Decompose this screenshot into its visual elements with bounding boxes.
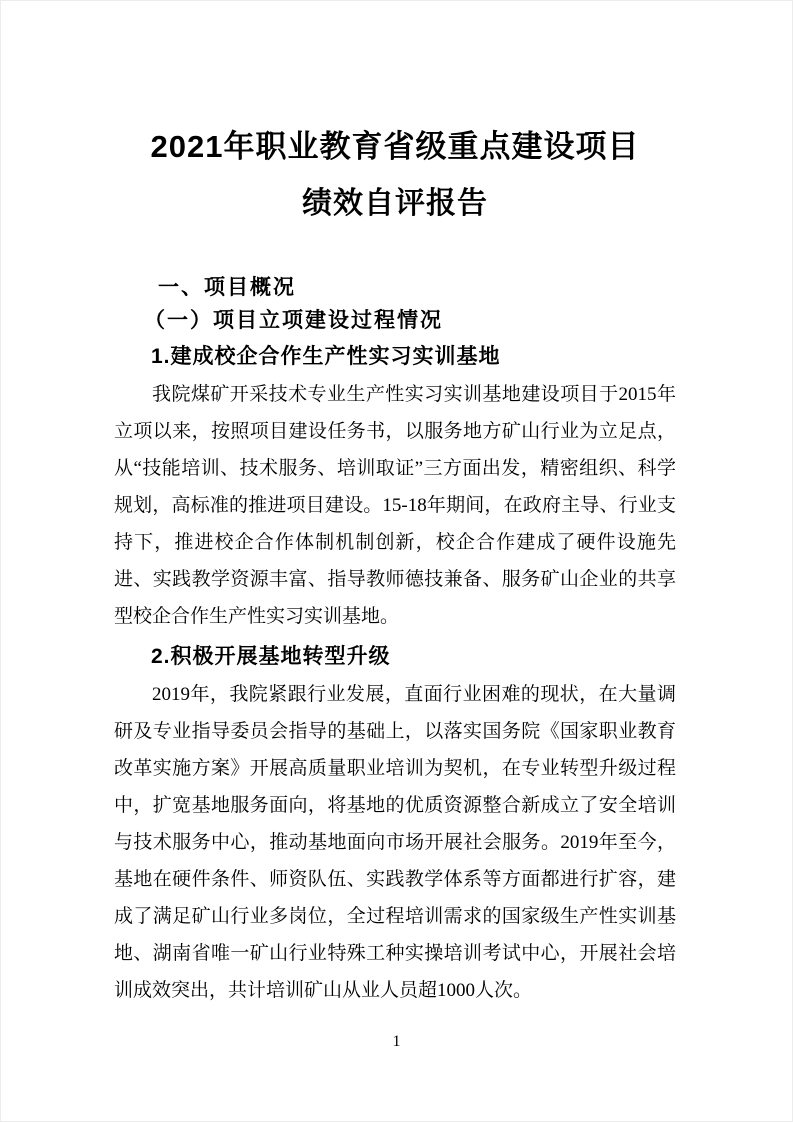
item-1-heading: 1.建成校企合作生产性实习实训基地 xyxy=(114,344,676,370)
report-title-line-1: 2021年职业教育省级重点建设项目 xyxy=(114,127,676,167)
item-2-paragraph: 2019年，我院紧跟行业发展，直面行业困难的现状，在大量调研及专业指导委员会指导… xyxy=(114,676,676,1009)
report-title-line-2: 绩效自评报告 xyxy=(114,184,676,224)
page-number: 1 xyxy=(1,1033,792,1051)
section-heading-project-overview: 一、项目概况 xyxy=(114,275,676,301)
item-1-paragraph: 我院煤矿开采技术专业生产性实习实训基地建设项目于2015年立项以来，按照项目建设… xyxy=(114,376,676,635)
item-2-heading: 2.积极开展基地转型升级 xyxy=(114,644,676,670)
document-content: 2021年职业教育省级重点建设项目 绩效自评报告 一、项目概况 （一）项目立项建… xyxy=(1,1,792,1009)
document-page: 2021年职业教育省级重点建设项目 绩效自评报告 一、项目概况 （一）项目立项建… xyxy=(0,0,793,1122)
subsection-heading-project-establishment: （一）项目立项建设过程情况 xyxy=(114,308,676,334)
